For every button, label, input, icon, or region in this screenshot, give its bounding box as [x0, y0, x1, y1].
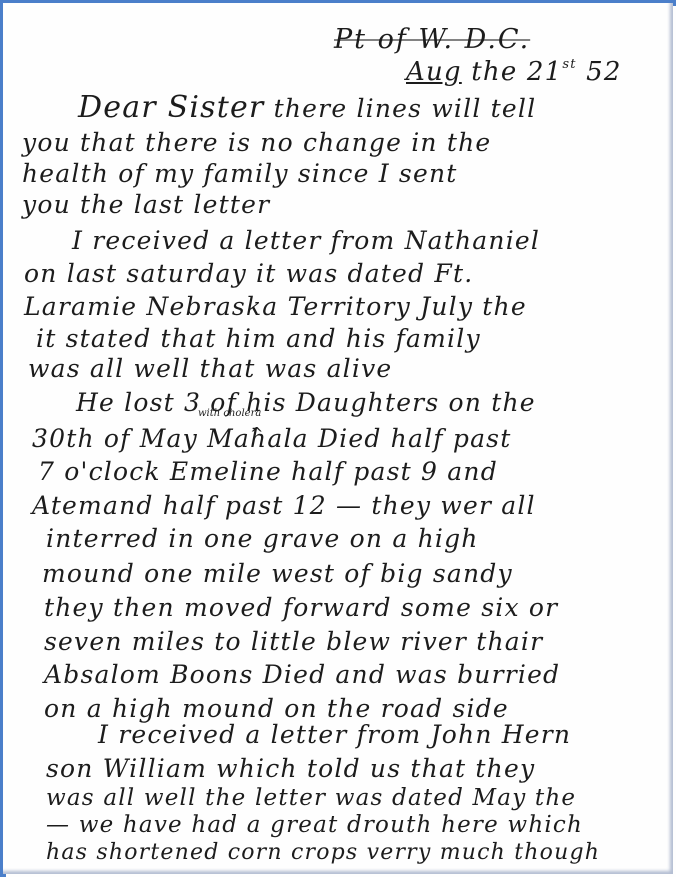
letter-page: Pt of W. D.C. Aug the 21st 52 Dear Siste… — [6, 6, 676, 877]
letter-line: seven miles to little blew river thair — [44, 629, 543, 654]
letter-line: I received a letter from John Hern — [98, 722, 571, 747]
inserted-note: with cholera — [198, 408, 261, 419]
letter-place: Pt of W. D.C. — [334, 26, 530, 53]
letter-line: Atemand half past 12 — they wer all — [32, 493, 536, 518]
date-suffix: st — [562, 57, 576, 72]
letter-line: they then moved forward some six or — [44, 595, 558, 620]
letter-date: Aug the 21st 52 — [406, 58, 622, 85]
letter-line: 7 o'clock Emeline half past 9 and — [38, 459, 498, 484]
letter-line: 30th of May Mahala Died half past — [32, 426, 511, 451]
letter-line: it stated that him and his family — [36, 326, 481, 351]
letter-line: on last saturday it was dated Ft. — [24, 261, 473, 286]
letter-line: you that there is no change in the — [22, 130, 491, 155]
letter-line: He lost 3 of his Daughters on the — [76, 390, 536, 415]
letter-line: I received a letter from Nathaniel — [72, 228, 540, 253]
letter-line: has shortened corn crops verry much thou… — [46, 842, 600, 864]
letter-line: was all well the letter was dated May th… — [46, 787, 576, 810]
line-text: there lines will tell — [274, 94, 537, 123]
letter-line: health of my family since I sent — [22, 161, 458, 186]
letter-line: you the last letter — [22, 192, 270, 217]
letter-line-1: Dear Sister there lines will tell — [78, 93, 536, 123]
letter-line: interred in one grave on a high — [46, 526, 479, 551]
date-year: 52 — [586, 57, 621, 87]
letter-line: was all well that was alive — [28, 356, 392, 381]
letter-line: mound one mile west of big sandy — [42, 561, 513, 586]
letter-line: — we have had a great drouth here which — [46, 814, 583, 837]
document-frame: Pt of W. D.C. Aug the 21st 52 Dear Siste… — [0, 0, 676, 877]
salutation: Dear Sister — [78, 90, 264, 125]
date-day: the 21 — [471, 57, 562, 87]
letter-line: Absalom Boons Died and was burried — [44, 662, 560, 687]
letter-line: son William which told us that they — [46, 756, 535, 781]
letter-line: Laramie Nebraska Territory July the — [24, 294, 527, 319]
date-month: Aug — [406, 57, 462, 87]
letter-line: on a high mound on the road side — [44, 696, 509, 721]
